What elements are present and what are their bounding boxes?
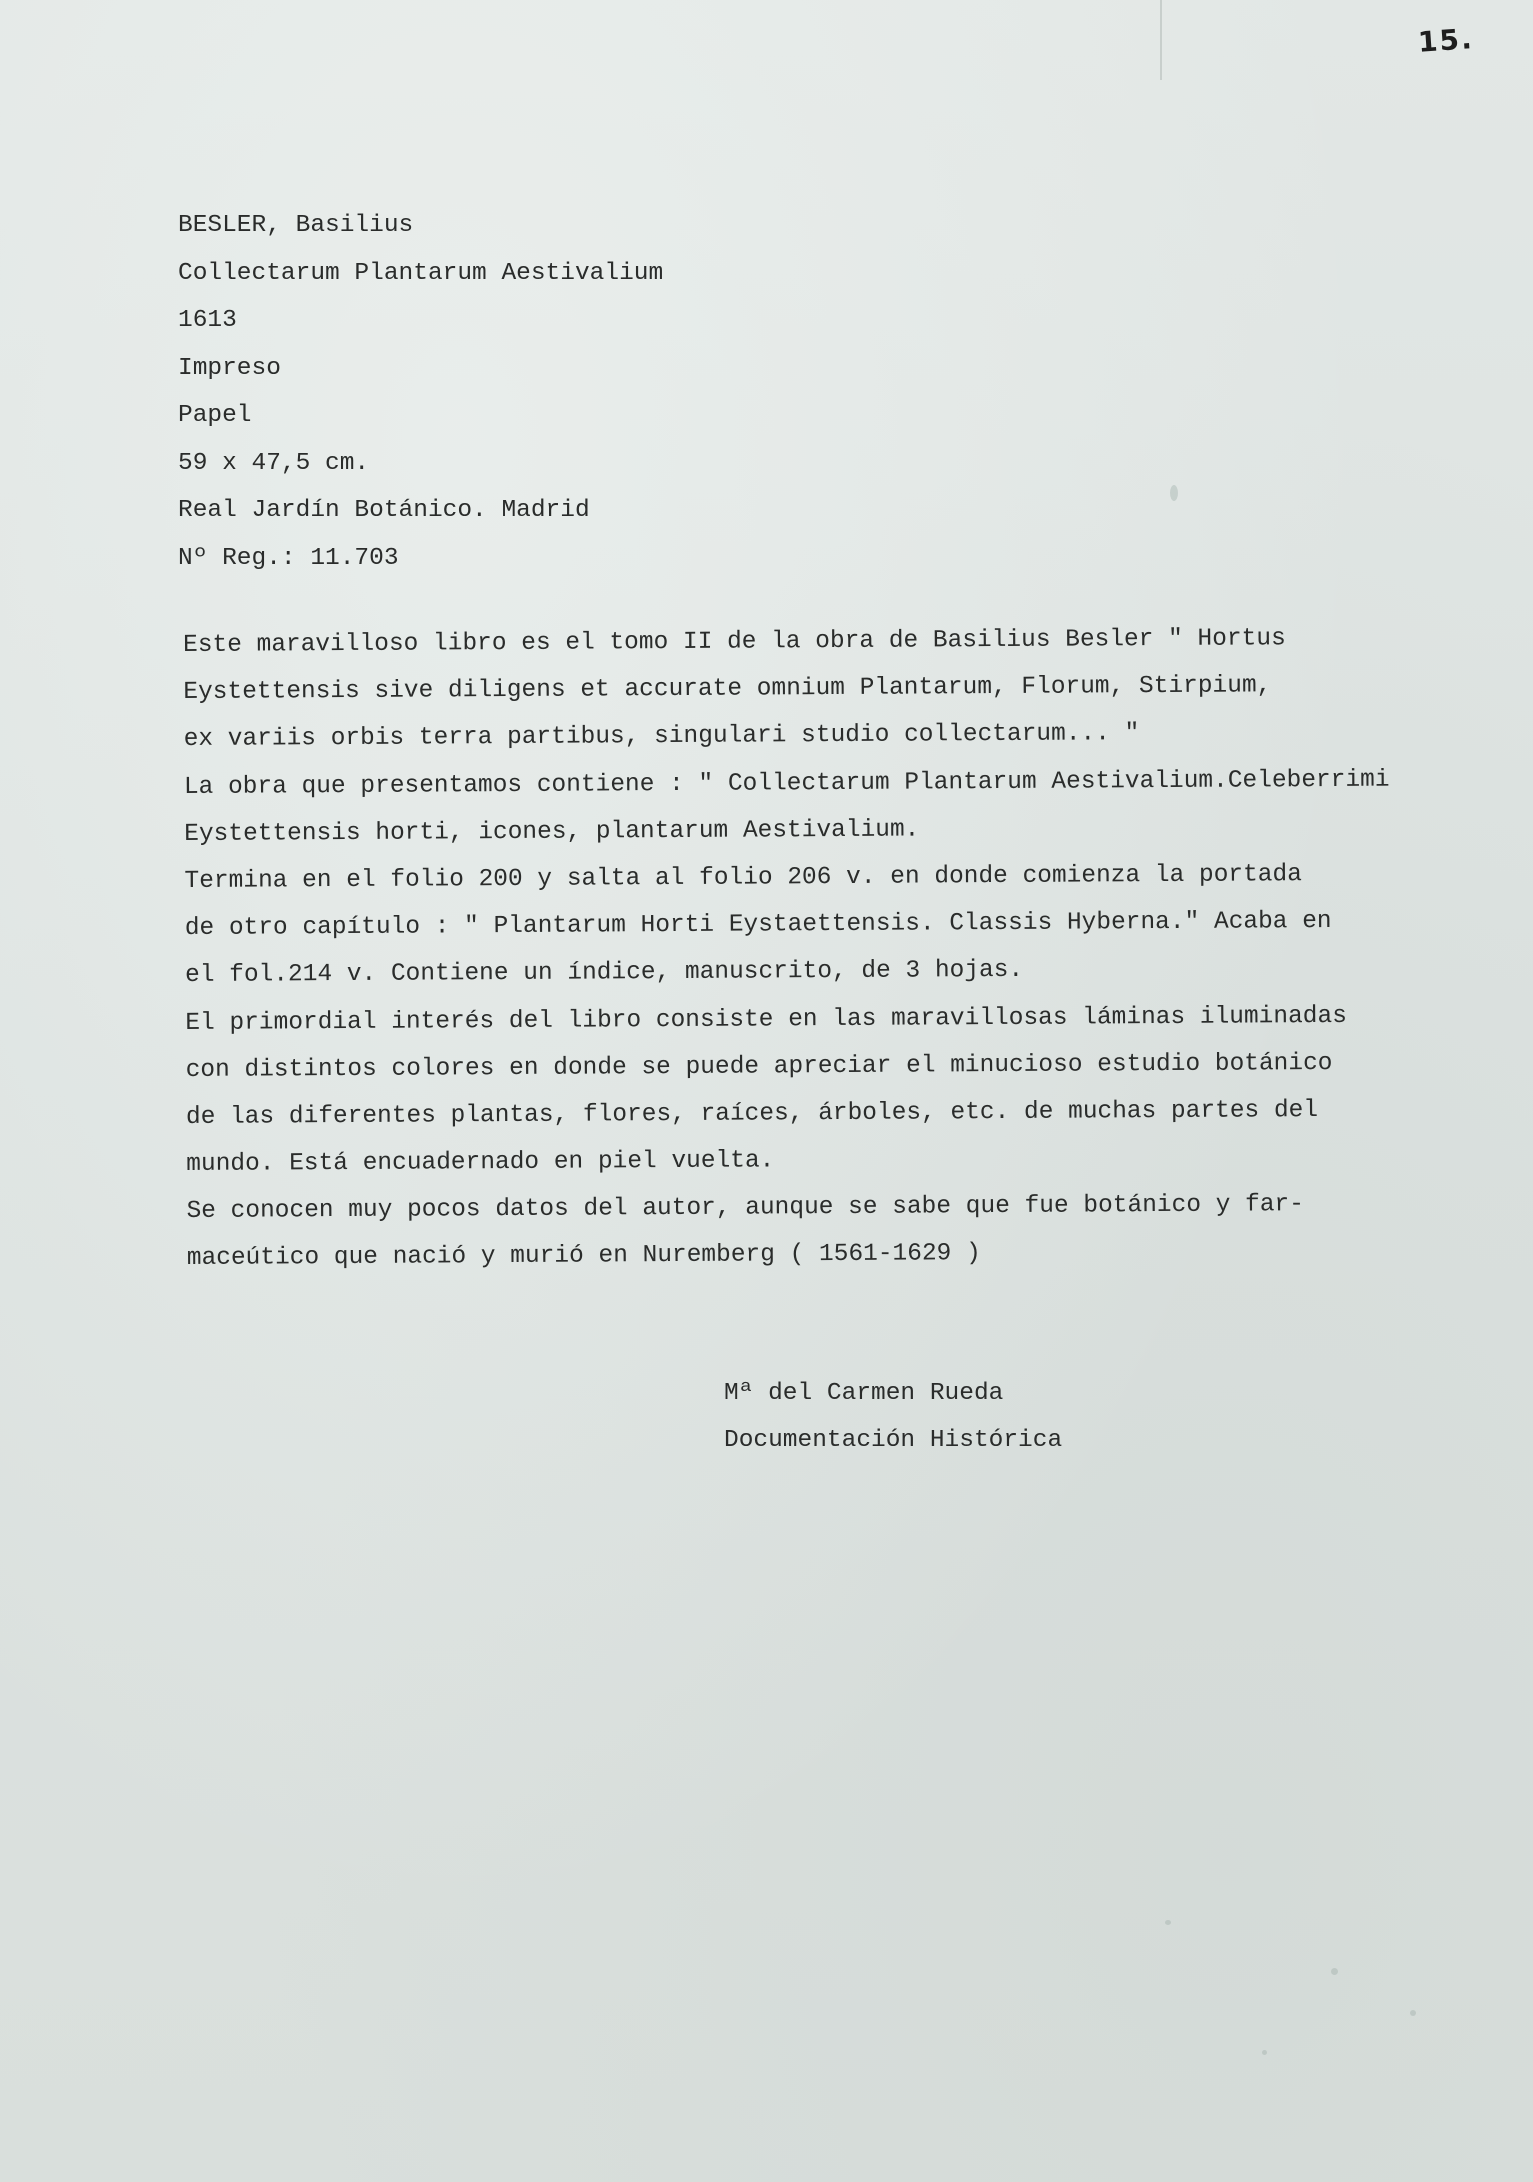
dimensions: 59 x 47,5 cm.: [178, 450, 663, 498]
author: BESLER, Basilius: [178, 212, 663, 260]
year: 1613: [178, 307, 663, 355]
handwritten-page-number: 15.: [1417, 22, 1475, 59]
description-line: ex variis orbis terra partibus, singular…: [184, 719, 1390, 774]
description-line: con distintos colores en donde se puede …: [186, 1049, 1392, 1104]
paper-speck: [1165, 1920, 1171, 1925]
signature-name: Mª del Carmen Rueda: [724, 1380, 1062, 1427]
description-line: Se conocen muy pocos datos del autor, au…: [186, 1191, 1392, 1246]
catalog-record: BESLER, Basilius Collectarum Plantarum A…: [178, 212, 663, 592]
paper-speck: [1410, 2010, 1416, 2016]
description-line: Termina en el folio 200 y salta al folio…: [184, 861, 1390, 916]
description-line: Este maravilloso libro es el tomo II de …: [183, 625, 1389, 680]
description-text: Este maravilloso libro es el tomo II de …: [183, 625, 1393, 1293]
description-line: La obra que presentamos contiene : " Col…: [184, 766, 1390, 821]
paper-crease: [1160, 0, 1162, 80]
description-line: Eystettensis sive diligens et accurate o…: [183, 672, 1389, 727]
description-line: Eystettensis horti, icones, plantarum Ae…: [184, 813, 1390, 868]
registry-number: Nº Reg.: 11.703: [178, 545, 663, 593]
paper-speck: [1170, 485, 1178, 501]
signature-department: Documentación Histórica: [724, 1427, 1062, 1474]
description-line: el fol.214 v. Contiene un índice, manusc…: [185, 955, 1391, 1010]
description-line: mundo. Está encuadernado en piel vuelta.: [186, 1144, 1392, 1199]
signature: Mª del Carmen Rueda Documentación Histór…: [724, 1380, 1062, 1474]
description-line: El primordial interés del libro consiste…: [185, 1002, 1391, 1057]
title: Collectarum Plantarum Aestivalium: [178, 260, 663, 308]
paper-speck: [1262, 2050, 1267, 2055]
material: Papel: [178, 402, 663, 450]
location: Real Jardín Botánico. Madrid: [178, 497, 663, 545]
description-line: de las diferentes plantas, flores, raíce…: [186, 1097, 1392, 1152]
description-line: maceútico que nació y murió en Nuremberg…: [187, 1238, 1393, 1293]
description-line: de otro capítulo : " Plantarum Horti Eys…: [185, 908, 1391, 963]
paper-speck: [1331, 1968, 1338, 1975]
type: Impreso: [178, 355, 663, 403]
